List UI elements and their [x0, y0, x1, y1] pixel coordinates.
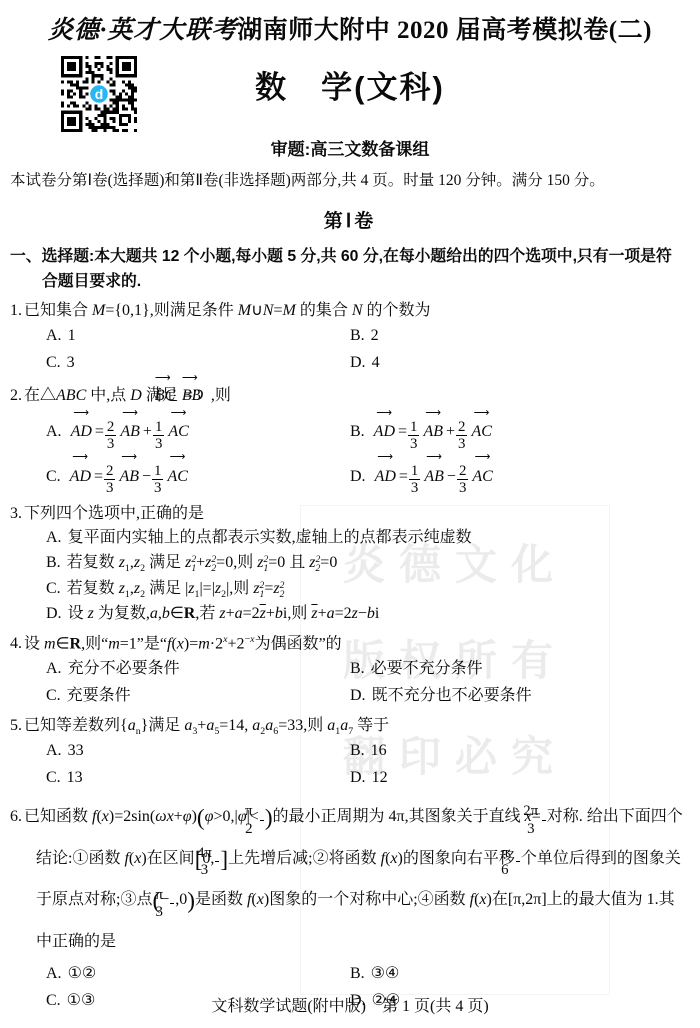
option-C: C.若复数 z1,z2 满足 |z1|=|z2|,则 z21=z22: [46, 577, 690, 603]
option-group: A.AD=23AB+13ACB.AD=13AB+23ACC.AD=23AB−13…: [46, 415, 690, 496]
option-label: C.: [46, 580, 61, 597]
option-B: B.③④: [350, 962, 690, 987]
question-number: 2.: [10, 387, 22, 404]
option-D: D.AD=13AB−23AC: [350, 460, 690, 497]
question-number: 5.: [10, 717, 22, 734]
option-label: D.: [350, 468, 366, 485]
option-B: B.16: [350, 739, 690, 764]
question-3: 3.下列四个选项中,正确的是A.复平面内实轴上的点都表示实数,虚轴上的点都表示纯…: [10, 502, 690, 628]
option-label: A.: [46, 660, 62, 677]
option-group: A.1B.2C.3D.4: [46, 324, 690, 376]
option-label: C.: [46, 687, 61, 704]
question-stem: 2.在△ABC 中,点 D 满足BC=3 BD,则: [10, 381, 690, 411]
option-label: B.: [350, 742, 365, 759]
option-text: 12: [372, 769, 388, 786]
option-text: 3: [67, 354, 75, 371]
section-instructions: 一、选择题:本大题共 12 个小题,每小题 5 分,共 60 分,在每小题给出的…: [10, 245, 690, 294]
option-text: AD=13AB+23AC: [371, 423, 495, 440]
instruction-line-1: 一、选择题:本大题共 12 个小题,每小题 5 分,共 60 分,在每小题给出的…: [10, 245, 690, 269]
option-C: C.3: [46, 351, 350, 376]
option-A: A.AD=23AB+13AC: [46, 415, 350, 452]
option-text: 13: [67, 769, 83, 786]
question-stem: 6.已知函数 f(x)=2sin(ωx+φ)(φ>0,|φ|<π2)的最小正周期…: [10, 796, 690, 962]
option-A: A.复平面内实轴上的点都表示实数,虚轴上的点都表示纯虚数: [46, 526, 690, 551]
option-label: B.: [350, 327, 365, 344]
option-text: 4: [372, 354, 380, 371]
question-number: 6.: [10, 808, 22, 825]
option-text: 复平面内实轴上的点都表示实数,虚轴上的点都表示纯虚数: [68, 529, 472, 546]
instruction-line-2: 合题目要求的.: [10, 270, 690, 294]
option-text: 1: [68, 327, 76, 344]
option-label: D.: [350, 354, 366, 371]
option-text: AD=13AB−23AC: [372, 468, 496, 485]
option-label: A.: [46, 327, 62, 344]
option-label: A.: [46, 965, 62, 982]
option-D: D.4: [350, 351, 690, 376]
option-C: C.充要条件: [46, 684, 350, 709]
option-label: A.: [46, 423, 62, 440]
option-label: B.: [350, 660, 365, 677]
option-label: B.: [46, 554, 61, 571]
option-A: A.①②: [46, 962, 350, 987]
option-C: C.AD=23AB−13AC: [46, 460, 350, 497]
option-label: B.: [350, 965, 365, 982]
option-text: 16: [371, 742, 387, 759]
option-label: C.: [46, 468, 61, 485]
option-B: B.必要不充分条件: [350, 657, 690, 682]
question-4: 4.设 m∈R,则“m=1”是“f(x)=m·2x+2−x为偶函数”的A.充分不…: [10, 632, 690, 709]
option-label: C.: [46, 769, 61, 786]
exam-title-rest: 湖南师大附中 2020 届高考模拟卷(二): [237, 17, 652, 44]
question-list: 1.已知集合 M={0,1},则满足条件 M∪N=M 的集合 N 的个数为A.1…: [10, 299, 690, 1013]
reviewer-line: 审题:高三文数备课组: [10, 135, 690, 160]
question-2: 2.在△ABC 中,点 D 满足BC=3 BD,则A.AD=23AB+13ACB…: [10, 381, 690, 497]
question-stem: 5.已知等差数列{an}满足 a3+a5=14, a2a6=33,则 a1a7 …: [10, 714, 690, 740]
option-A: A.1: [46, 324, 350, 349]
option-A: A.33: [46, 739, 350, 764]
option-label: D.: [46, 605, 62, 622]
svg-text:d: d: [95, 86, 104, 102]
question-stem: 3.下列四个选项中,正确的是: [10, 502, 690, 527]
option-text: 若复数 z1,z2 满足 z21+z22=0,则 z21=0 且 z22=0: [67, 554, 338, 571]
option-text: AD=23AB−13AC: [67, 468, 191, 485]
part-title: 第Ⅰ卷: [10, 206, 690, 233]
option-D: D.既不充分也不必要条件: [350, 684, 690, 709]
question-1: 1.已知集合 M={0,1},则满足条件 M∪N=M 的集合 N 的个数为A.1…: [10, 299, 690, 375]
option-label: D.: [350, 769, 366, 786]
option-B: B.AD=13AB+23AC: [350, 415, 690, 452]
option-label: B.: [350, 423, 365, 440]
option-text: ③④: [371, 965, 400, 982]
option-group: A.33B.16C.13D.12: [46, 739, 690, 791]
question-number: 4.: [10, 635, 22, 652]
exam-series-brand: 炎德·英才大联考: [48, 17, 237, 44]
option-D: D.12: [350, 766, 690, 791]
option-text: 充分不必要条件: [68, 660, 180, 677]
exam-intro: 本试卷分第Ⅰ卷(选择题)和第Ⅱ卷(非选择题)两部分,共 4 页。时量 120 分…: [10, 170, 690, 192]
option-label: C.: [46, 354, 61, 371]
option-text: 2: [371, 327, 379, 344]
option-label: A.: [46, 529, 62, 546]
option-B: B.若复数 z1,z2 满足 z21+z22=0,则 z21=0 且 z22=0: [46, 551, 690, 577]
question-6: 6.已知函数 f(x)=2sin(ωx+φ)(φ>0,|φ|<π2)的最小正周期…: [10, 796, 690, 1014]
question-stem: 4.设 m∈R,则“m=1”是“f(x)=m·2x+2−x为偶函数”的: [10, 632, 690, 657]
option-text: 必要不充分条件: [371, 660, 483, 677]
option-text: ①②: [68, 965, 97, 982]
option-text: 充要条件: [67, 687, 131, 704]
option-text: 既不充分也不必要条件: [372, 687, 532, 704]
exam-page: 炎德文化 版权所有 翻印必究 炎德·英才大联考湖南师大附中 2020 届高考模拟…: [0, 0, 700, 1028]
option-text: 若复数 z1,z2 满足 |z1|=|z2|,则 z21=z22: [67, 580, 285, 597]
option-text: 设 z 为复数,a,b∈R,若 z+a=2z+bi,则 z+a=2z−bi: [68, 605, 380, 622]
option-group: A.充分不必要条件B.必要不充分条件C.充要条件D.既不充分也不必要条件: [46, 657, 690, 709]
question-number: 3.: [10, 505, 22, 522]
page-footer: 文科数学试题(附中版) 第 1 页(共 4 页): [0, 993, 700, 1016]
option-text: AD=23AB+13AC: [68, 423, 192, 440]
exam-title: 炎德·英才大联考湖南师大附中 2020 届高考模拟卷(二): [10, 10, 690, 46]
question-number: 1.: [10, 302, 22, 319]
question-5: 5.已知等差数列{an}满足 a3+a5=14, a2a6=33,则 a1a7 …: [10, 714, 690, 791]
option-label: A.: [46, 742, 62, 759]
option-label: D.: [350, 687, 366, 704]
option-B: B.2: [350, 324, 690, 349]
option-C: C.13: [46, 766, 350, 791]
qr-code: d: [60, 56, 138, 132]
option-text: 33: [68, 742, 84, 759]
option-D: D.设 z 为复数,a,b∈R,若 z+a=2z+bi,则 z+a=2z−bi: [46, 602, 690, 627]
option-A: A.充分不必要条件: [46, 657, 350, 682]
question-stem: 1.已知集合 M={0,1},则满足条件 M∪N=M 的集合 N 的个数为: [10, 299, 690, 324]
option-group: A.复平面内实轴上的点都表示实数,虚轴上的点都表示纯虚数B.若复数 z1,z2 …: [46, 526, 690, 627]
